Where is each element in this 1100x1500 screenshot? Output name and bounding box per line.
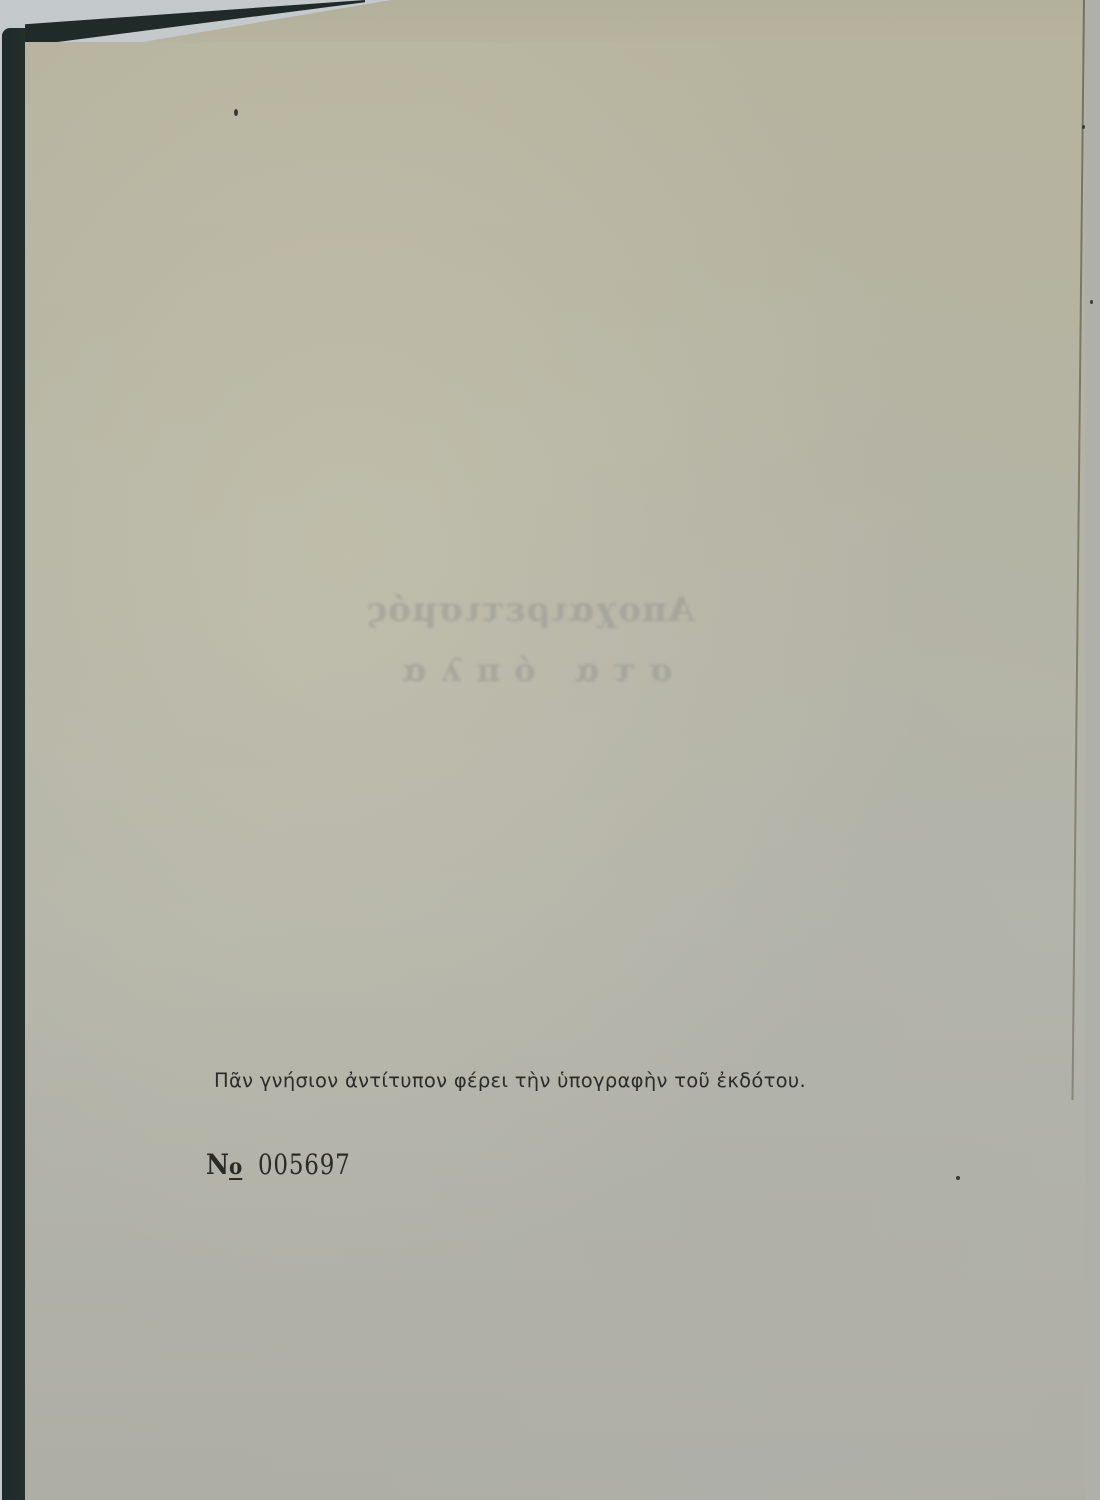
paper-speck [1090, 300, 1093, 304]
paper-speck [1082, 125, 1085, 129]
numero-letter: N [206, 1148, 229, 1181]
numero-superscript: o [229, 1154, 242, 1180]
bleed-through-title: Αποχαιρετισμός στα όπλα [300, 580, 760, 700]
bleed-title-line-1: Αποχαιρετισμός [300, 580, 760, 640]
book-page [25, 42, 1100, 1500]
serial-number-value: 005697 [258, 1148, 351, 1181]
serial-number-stamp: No 005697 [204, 1148, 371, 1181]
bleed-title-line-2: στα όπλα [300, 640, 760, 700]
authenticity-notice: Πᾶν γνήσιον ἀντίτυπον φέρει τὴν ὑπογραφὴ… [214, 1069, 806, 1092]
numero-sign: No [206, 1148, 242, 1181]
next-page-edge [1085, 0, 1100, 1500]
paper-speck [956, 1176, 960, 1180]
paper-speck [234, 109, 238, 116]
